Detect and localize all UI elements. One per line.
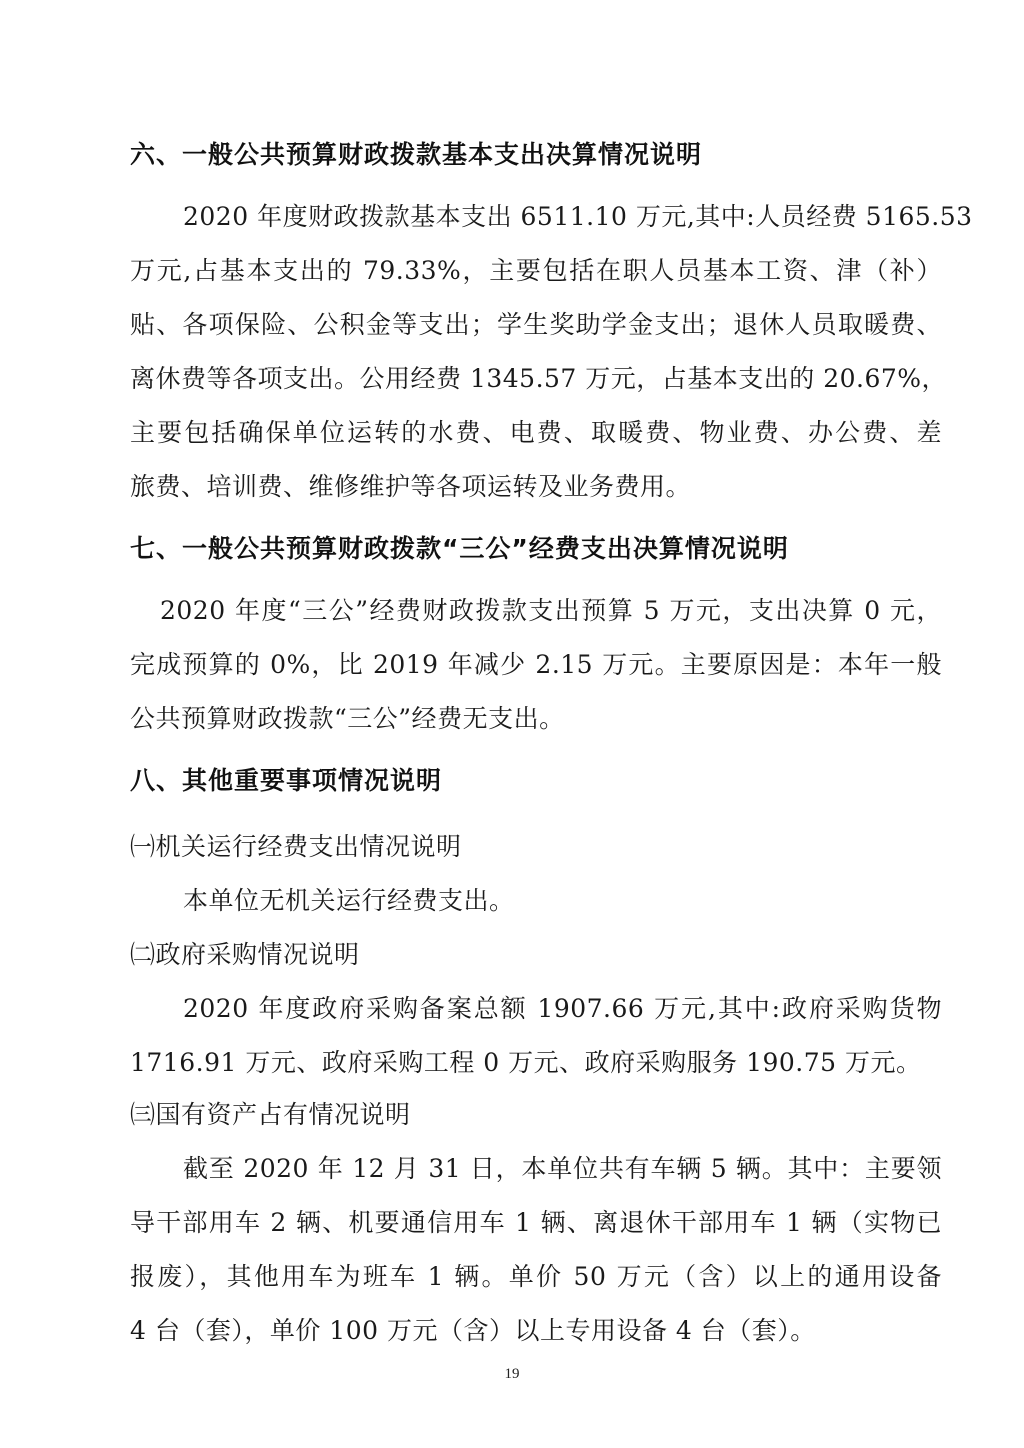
subsection-two-title: ㈡政府采购情况说明 — [130, 938, 942, 972]
subsection-three-title: ㈢国有资产占有情况说明 — [130, 1098, 942, 1132]
subsection-three-paragraph-line: 截至 2020 年 12 月 31 日，本单位共有车辆 5 辆。其中：主要领 — [183, 1152, 942, 1186]
subsection-three-paragraph-line: 导干部用车 2 辆、机要通信用车 1 辆、离退休干部用车 1 辆（实物已 — [130, 1206, 942, 1240]
subsection-three-paragraph-line: 报废），其他用车为班车 1 辆。单价 50 万元（含）以上的通用设备 — [130, 1260, 942, 1294]
section-seven-paragraph-line: 完成预算的 0%，比 2019 年减少 2.15 万元。主要原因是：本年一般 — [130, 648, 942, 682]
subsection-three-paragraph-line: 4 台（套），单价 100 万元（含）以上专用设备 4 台（套）。 — [130, 1314, 942, 1348]
section-seven-heading: 七、一般公共预算财政拨款“三公”经费支出决算情况说明 — [130, 532, 942, 566]
subsection-one-title: ㈠机关运行经费支出情况说明 — [130, 830, 942, 864]
subsection-one-paragraph-line: 本单位无机关运行经费支出。 — [183, 884, 942, 918]
document-page: 六、一般公共预算财政拨款基本支出决算情况说明 2020 年度财政拨款基本支出 6… — [0, 0, 1024, 1448]
subsection-two-paragraph-line: 1716.91 万元、政府采购工程 0 万元、政府采购服务 190.75 万元。 — [130, 1046, 942, 1080]
section-six-paragraph-line: 2020 年度财政拨款基本支出 6511.10 万元,其中:人员经费 5165.… — [183, 200, 942, 234]
section-six-paragraph-line: 贴、各项保险、公积金等支出；学生奖助学金支出；退休人员取暖费、 — [130, 308, 942, 342]
section-six-paragraph-line: 主要包括确保单位运转的水费、电费、取暖费、物业费、办公费、差 — [130, 416, 942, 450]
section-eight-heading: 八、其他重要事项情况说明 — [130, 764, 942, 798]
section-seven-paragraph-line: 2020 年度“三公”经费财政拨款支出预算 5 万元，支出决算 0 元， — [160, 594, 942, 628]
section-six-paragraph-line: 万元,占基本支出的 79.33%，主要包括在职人员基本工资、津（补） — [130, 254, 942, 288]
section-six-paragraph-line: 离休费等各项支出。公用经费 1345.57 万元，占基本支出的 20.67%， — [130, 362, 942, 396]
section-seven-paragraph-line: 公共预算财政拨款“三公”经费无支出。 — [130, 702, 942, 736]
section-six-paragraph-line: 旅费、培训费、维修维护等各项运转及业务费用。 — [130, 470, 942, 504]
page-number: 19 — [0, 1366, 1024, 1383]
section-six-heading: 六、一般公共预算财政拨款基本支出决算情况说明 — [130, 138, 942, 172]
subsection-two-paragraph-line: 2020 年度政府采购备案总额 1907.66 万元,其中:政府采购货物 — [183, 992, 942, 1026]
